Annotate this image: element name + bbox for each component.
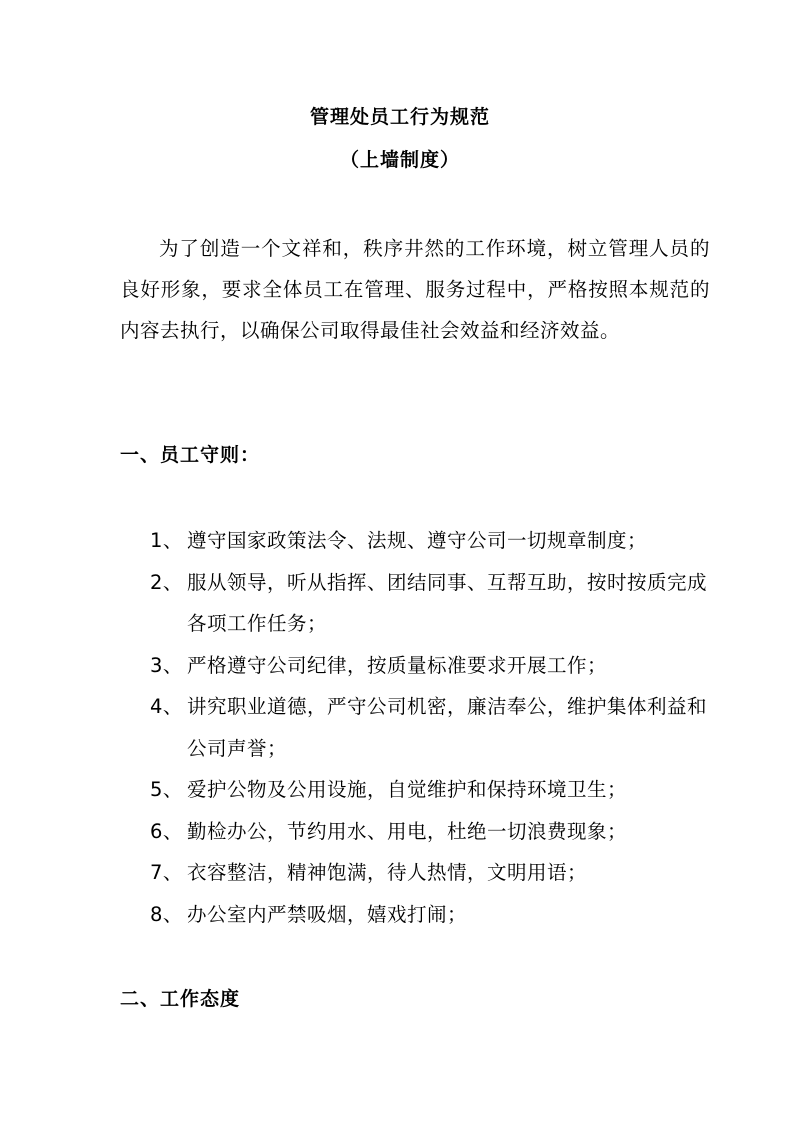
- list-item-text: 遵守国家政策法令、法规、遵守公司一切规章制度；: [187, 520, 710, 562]
- section-heading-work-attitude: 二、工作态度: [120, 986, 240, 1012]
- list-item-text: 勤检办公，节约用水、用电，杜绝一切浪费现象；: [187, 811, 710, 853]
- document-page: 管理处员工行为规范 （上墙制度） 为了创造一个文祥和，秩序井然的工作环境，树立管…: [0, 0, 800, 1132]
- list-item-text: 衣容整洁，精神饱满，待人热情，文明用语；: [187, 852, 710, 894]
- list-item-number: 6、: [150, 811, 187, 853]
- list-item-text: 办公室内严禁吸烟，嬉戏打闹；: [187, 894, 710, 936]
- list-item: 2、 服从领导，听从指挥、团结同事、互帮互助，按时按质完成各项工作任务；: [150, 562, 710, 645]
- list-item-number: 3、: [150, 645, 187, 687]
- list-item: 6、 勤检办公，节约用水、用电，杜绝一切浪费现象；: [150, 811, 710, 853]
- list-item: 4、 讲究职业道德，严守公司机密，廉洁奉公，维护集体利益和公司声誉；: [150, 686, 710, 769]
- list-item-number: 2、: [150, 562, 187, 604]
- list-item-number: 4、: [150, 686, 187, 728]
- employee-rules-list: 1、 遵守国家政策法令、法规、遵守公司一切规章制度； 2、 服从领导，听从指挥、…: [150, 520, 710, 935]
- list-item-text: 服从领导，听从指挥、团结同事、互帮互助，按时按质完成各项工作任务；: [187, 562, 710, 645]
- list-item: 1、 遵守国家政策法令、法规、遵守公司一切规章制度；: [150, 520, 710, 562]
- document-subtitle: （上墙制度）: [0, 147, 800, 173]
- intro-paragraph: 为了创造一个文祥和，秩序井然的工作环境，树立管理人员的良好形象，要求全体员工在管…: [120, 228, 710, 351]
- list-item-number: 8、: [150, 894, 187, 936]
- list-item-text: 严格遵守公司纪律，按质量标准要求开展工作；: [187, 645, 710, 687]
- list-item: 8、 办公室内严禁吸烟，嬉戏打闹；: [150, 894, 710, 936]
- list-item: 7、 衣容整洁，精神饱满，待人热情，文明用语；: [150, 852, 710, 894]
- list-item: 5、 爱护公物及公用设施，自觉维护和保持环境卫生；: [150, 769, 710, 811]
- list-item-text: 讲究职业道德，严守公司机密，廉洁奉公，维护集体利益和公司声誉；: [187, 686, 710, 769]
- section-heading-employee-rules: 一、员工守则：: [120, 442, 260, 468]
- list-item-number: 7、: [150, 852, 187, 894]
- list-item-text: 爱护公物及公用设施，自觉维护和保持环境卫生；: [187, 769, 710, 811]
- list-item-number: 1、: [150, 520, 187, 562]
- list-item: 3、 严格遵守公司纪律，按质量标准要求开展工作；: [150, 645, 710, 687]
- list-item-number: 5、: [150, 769, 187, 811]
- document-title: 管理处员工行为规范: [0, 104, 800, 130]
